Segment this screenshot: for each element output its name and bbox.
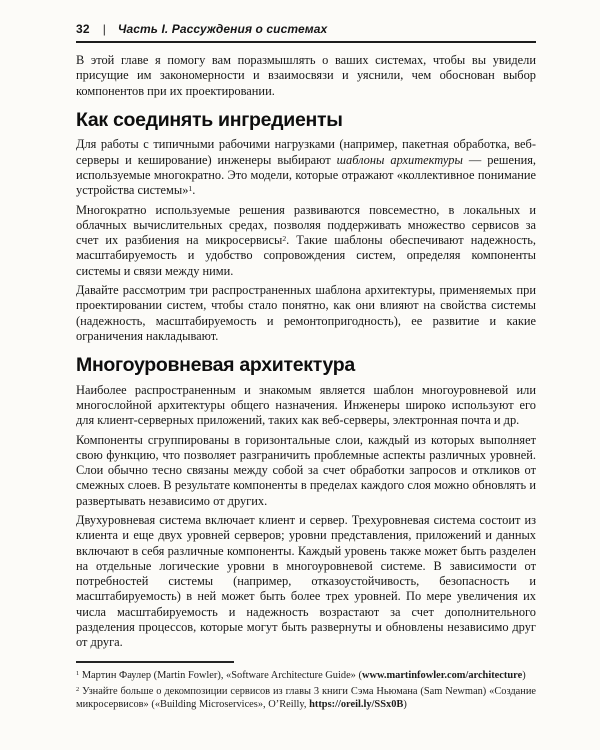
footnote-2: 2 Узнайте больше о декомпозиции сервисов… bbox=[76, 685, 536, 712]
book-page: 32 | Часть I. Рассуждения о системах В э… bbox=[0, 0, 600, 750]
page-number: 32 bbox=[76, 22, 90, 36]
paragraph: Давайте рассмотрим три распространенных … bbox=[76, 283, 536, 344]
running-title: Часть I. Рассуждения о системах bbox=[118, 22, 327, 36]
footnotes: 1 Мартин Фаулер (Martin Fowler), «Softwa… bbox=[76, 661, 536, 712]
header-divider-icon: | bbox=[103, 22, 106, 36]
footnote-separator bbox=[76, 661, 234, 663]
intro-paragraph: В этой главе я помогу вам поразмышлять о… bbox=[76, 53, 536, 99]
paragraph: Компоненты сгруппированы в горизонтальны… bbox=[76, 433, 536, 509]
paragraph: Для работы с типичными рабочими нагрузка… bbox=[76, 137, 536, 198]
running-head: 32 | Часть I. Рассуждения о системах bbox=[76, 22, 536, 43]
paragraph: Наиболее распространенным и знакомым явл… bbox=[76, 383, 536, 429]
paragraph: Многократно используемые решения развива… bbox=[76, 203, 536, 279]
paragraph: Двухуровневая система включает клиент и … bbox=[76, 513, 536, 651]
section-heading-layered-architecture: Многоуровневая архитектура bbox=[76, 355, 536, 376]
section-heading-how-to-combine: Как соединять ингредиенты bbox=[76, 110, 536, 131]
footnote-1: 1 Мартин Фаулер (Martin Fowler), «Softwa… bbox=[76, 669, 536, 682]
